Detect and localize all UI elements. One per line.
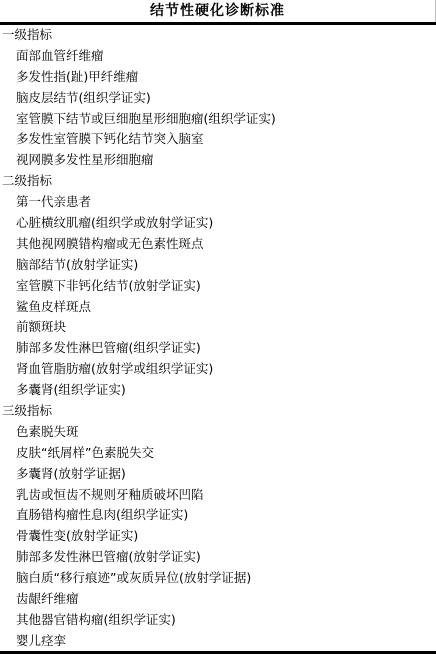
criterion-item: 室管膜下结节或巨细胞星形细胞瘤(组织学证实) bbox=[0, 109, 436, 130]
criterion-item: 齿龈纤维瘤 bbox=[0, 589, 436, 610]
criterion-item: 色素脱失斑 bbox=[0, 422, 436, 443]
criterion-item: 骨囊性变(放射学证实) bbox=[0, 526, 436, 547]
criterion-item: 室管膜下非钙化结节(放射学证实) bbox=[0, 276, 436, 297]
diagnostic-criteria-table: 结节性硬化诊断标准 一级指标 面部血管纤维瘤 多发性指(趾)甲纤维瘤 脑皮层结节… bbox=[0, 0, 436, 654]
criterion-item: 脑白质“移行痕迹”或灰质异位(放射学证据) bbox=[0, 568, 436, 589]
criterion-item: 面部血管纤维瘤 bbox=[0, 46, 436, 67]
table-header: 结节性硬化诊断标准 bbox=[0, 0, 436, 22]
criterion-item: 其他器官错构瘤(组织学证实) bbox=[0, 610, 436, 631]
criterion-item: 脑皮层结节(组织学证实) bbox=[0, 88, 436, 109]
category-level-1: 一级指标 bbox=[0, 25, 436, 46]
criterion-item: 婴儿痉挛 bbox=[0, 631, 436, 652]
criterion-item: 乳齿或恒齿不规则牙釉质破坏凹陷 bbox=[0, 485, 436, 506]
criterion-item: 皮肤“纸屑样”色素脱失交 bbox=[0, 443, 436, 464]
criterion-item: 肾血管脂肪瘤(放射学或组织学证实) bbox=[0, 359, 436, 380]
category-level-3: 三级指标 bbox=[0, 401, 436, 422]
criterion-item: 其他视网膜错构瘤或无色素性斑点 bbox=[0, 234, 436, 255]
criterion-item: 直肠错构瘤性息肉(组织学证实) bbox=[0, 505, 436, 526]
criterion-item: 前额斑块 bbox=[0, 317, 436, 338]
criterion-item: 多囊肾(放射学证据) bbox=[0, 464, 436, 485]
category-level-2: 二级指标 bbox=[0, 171, 436, 192]
criterion-item: 肺部多发性淋巴管瘤(组织学证实) bbox=[0, 338, 436, 359]
criterion-item: 视网膜多发性星形细胞瘤 bbox=[0, 150, 436, 171]
criterion-item: 多囊肾(组织学证实) bbox=[0, 380, 436, 401]
criteria-list: 一级指标 面部血管纤维瘤 多发性指(趾)甲纤维瘤 脑皮层结节(组织学证实) 室管… bbox=[0, 25, 436, 652]
criterion-item: 肺部多发性淋巴管瘤(放射学证实) bbox=[0, 547, 436, 568]
criterion-item: 心脏横纹肌瘤(组织学或放射学证实) bbox=[0, 213, 436, 234]
criterion-item: 多发性指(趾)甲纤维瘤 bbox=[0, 67, 436, 88]
criterion-item: 多发性室管膜下钙化结节突入脑室 bbox=[0, 129, 436, 150]
table-title: 结节性硬化诊断标准 bbox=[150, 0, 285, 22]
criterion-item: 脑部结节(放射学证实) bbox=[0, 255, 436, 276]
criterion-item: 第一代亲患者 bbox=[0, 192, 436, 213]
criterion-item: 鲨鱼皮样斑点 bbox=[0, 297, 436, 318]
